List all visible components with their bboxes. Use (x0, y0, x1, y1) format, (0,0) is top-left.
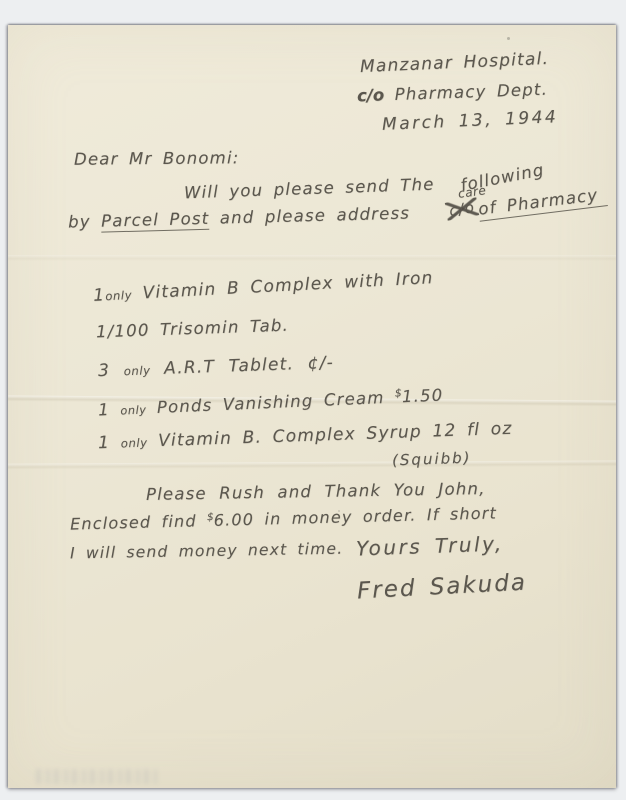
item-2-qty: 1/100 (96, 321, 150, 342)
item-4-qty: 1 (98, 400, 111, 419)
item-5-unit: only (121, 436, 148, 451)
request-parcel-post: Parcel Post (101, 209, 210, 233)
heading-org: Manzanar Hospital. (360, 49, 550, 78)
request-line2: by Parcel Post and please address (68, 204, 411, 233)
item-4-price: 1.50 (401, 385, 443, 406)
salutation: Dear Mr Bonomi: (74, 148, 240, 169)
paper-speck (507, 37, 510, 40)
paper-speck (338, 510, 340, 512)
item-2-name: Trisomin Tab. (160, 316, 290, 339)
closing-rush-line: Please Rush and Thank You John, (146, 479, 486, 505)
item-1-unit: only (105, 288, 133, 303)
item-row-2: 1/100 Trisomin Tab. (96, 316, 290, 343)
struck-care-of-text: c/o (445, 197, 480, 220)
item-4-unit: only (120, 403, 147, 417)
item-3-qty: 3 (98, 361, 111, 381)
heading-care-of: c/o (357, 85, 385, 105)
item-row-4: 1 only Ponds Vanishing Cream $1.50 (98, 384, 444, 420)
scan-background: Manzanar Hospital. c/o Pharmacy Dept. Ma… (0, 0, 626, 800)
valediction: Yours Truly, (356, 531, 504, 560)
struck-care-of: c/o (445, 197, 480, 220)
item-row-3: 3 only A.R.T Tablet. ¢/- (98, 353, 335, 382)
signature: Fred Sakuda (356, 570, 527, 606)
closing-enclosed-line: Enclosed find $6.00 in money order. If s… (70, 503, 497, 533)
item-3-unit: only (123, 363, 150, 378)
fold-crease-lower (8, 460, 616, 469)
item-row-1: 1only Vitamin B Complex with Iron (93, 268, 434, 306)
request-line2-end: of Pharmacy (477, 184, 607, 221)
request-line1: Will you please send The (184, 175, 435, 204)
closing-amount: 6.00 (213, 510, 254, 530)
item-1-name: Vitamin B Complex with Iron (142, 268, 434, 303)
faint-ink-transfer-mark (36, 769, 158, 784)
request-by: by (68, 212, 91, 232)
request-mid: and please address (220, 204, 411, 228)
item-5-name: Vitamin B. Complex Syrup 12 fl oz (158, 419, 513, 451)
heading-date: March 13, 1944 (382, 107, 559, 135)
item-5-note: (Squibb) (392, 449, 472, 470)
heading-dept-line: c/o Pharmacy Dept. (357, 80, 549, 106)
heading-dept: Pharmacy Dept. (394, 80, 548, 104)
item-3-name: A.R.T Tablet. ¢/- (164, 353, 335, 379)
item-5-qty: 1 (98, 433, 111, 453)
closing-next-time-line: I will send money next time. (70, 540, 344, 563)
item-4-name: Ponds Vanishing Cream (156, 388, 384, 417)
item-1-qty: 1 (93, 285, 106, 306)
fold-crease-upper (8, 255, 616, 261)
closing-enclosed-prefix: Enclosed find (70, 511, 197, 533)
letter-paper: Manzanar Hospital. c/o Pharmacy Dept. Ma… (8, 25, 616, 788)
closing-enclosed-suffix: in money order. If short (264, 503, 497, 528)
